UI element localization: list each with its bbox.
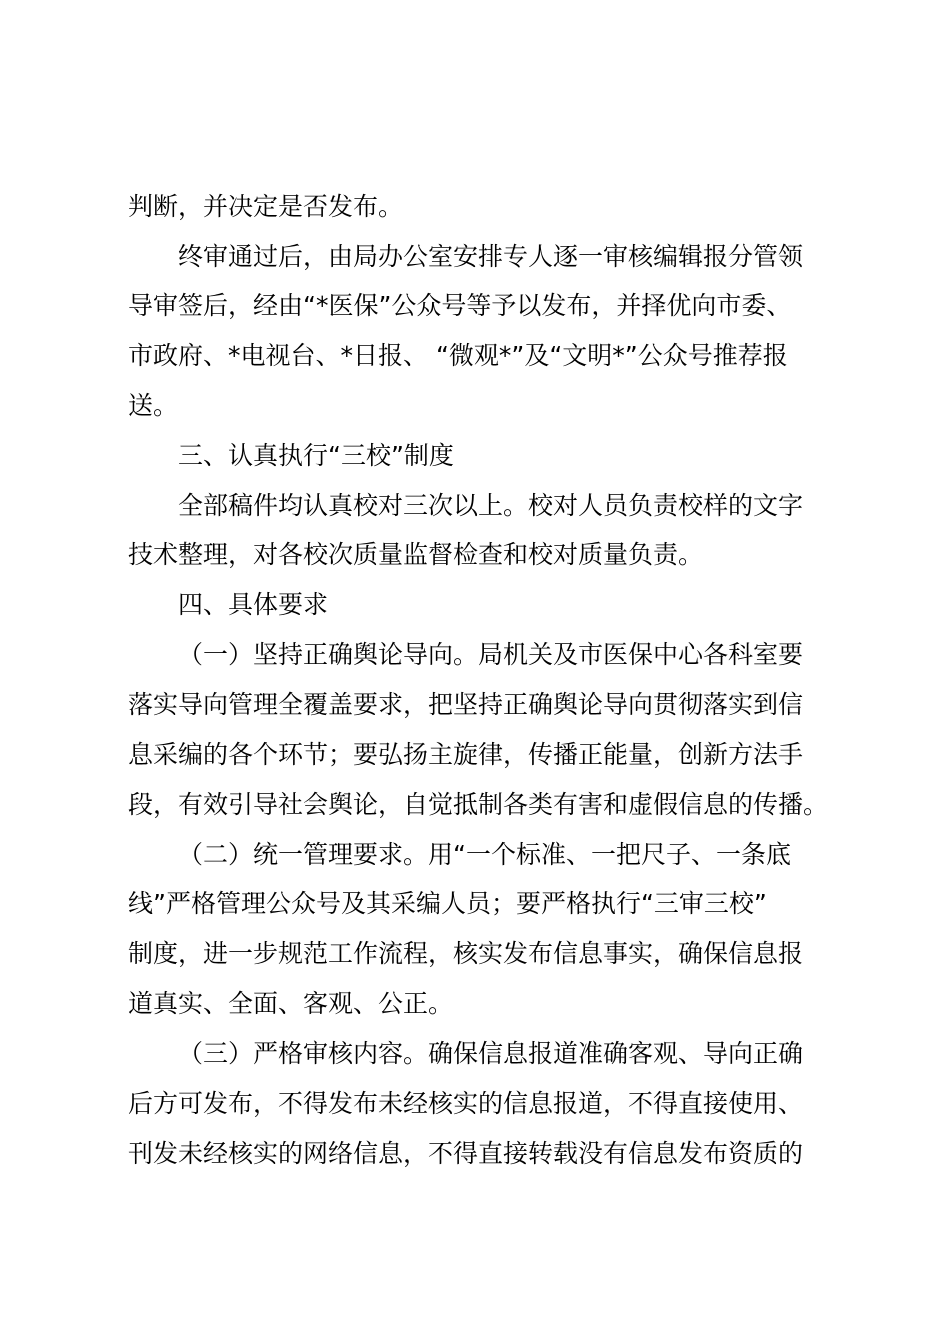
text-line: 送。 (128, 381, 838, 431)
text-line: 息采编的各个环节；要弘扬主旋律，传播正能量，创新方法手 (128, 730, 838, 780)
text-line: 落实导向管理全覆盖要求，把坚持正确舆论导向贯彻落实到信 (128, 680, 838, 730)
item-two-heading: （二）统一管理要求。用“一个标准、一把尺子、一条底 (178, 830, 838, 880)
paragraph-final-review: 终审通过后，由局办公室安排专人逐一审核编辑报分管领 (178, 232, 838, 282)
text-line: 制度，进一步规范工作流程，核实发布信息事实，确保信息报 (128, 929, 838, 979)
text-line: 市政府、*电视台、*日报、 “微观*”及“文明*”公众号推荐报 (128, 331, 838, 381)
text-line: 技术整理，对各校次质量监督检查和校对质量负责。 (128, 530, 838, 580)
item-one-heading: （一）坚持正确舆论导向。局机关及市医保中心各科室要 (178, 630, 838, 680)
text-line: 道真实、全面、客观、公正。 (128, 979, 838, 1029)
paragraph-proofreading: 全部稿件均认真校对三次以上。校对人员负责校样的文字 (178, 481, 838, 531)
section-heading-three: 三、认真执行“三校”制度 (178, 431, 838, 481)
item-three-heading: （三）严格审核内容。确保信息报道准确客观、导向正确 (178, 1029, 838, 1079)
document-page: 判断，并决定是否发布。 终审通过后，由局办公室安排专人逐一审核编辑报分管领 导审… (0, 0, 950, 1344)
text-line: 后方可发布，不得发布未经核实的信息报道，不得直接使用、 (128, 1079, 838, 1129)
text-line: 导审签后，经由“*医保”公众号等予以发布，并择优向市委、 (128, 281, 838, 331)
text-line: 段，有效引导社会舆论，自觉抵制各类有害和虚假信息的传播。 (128, 780, 838, 830)
text-line-continuation: 判断，并决定是否发布。 (128, 182, 838, 232)
text-line: 刊发未经核实的网络信息，不得直接转载没有信息发布资质的 (128, 1129, 838, 1179)
section-heading-four: 四、具体要求 (178, 580, 838, 630)
text-line: 线”严格管理公众号及其采编人员；要严格执行“三审三校” (128, 879, 838, 929)
